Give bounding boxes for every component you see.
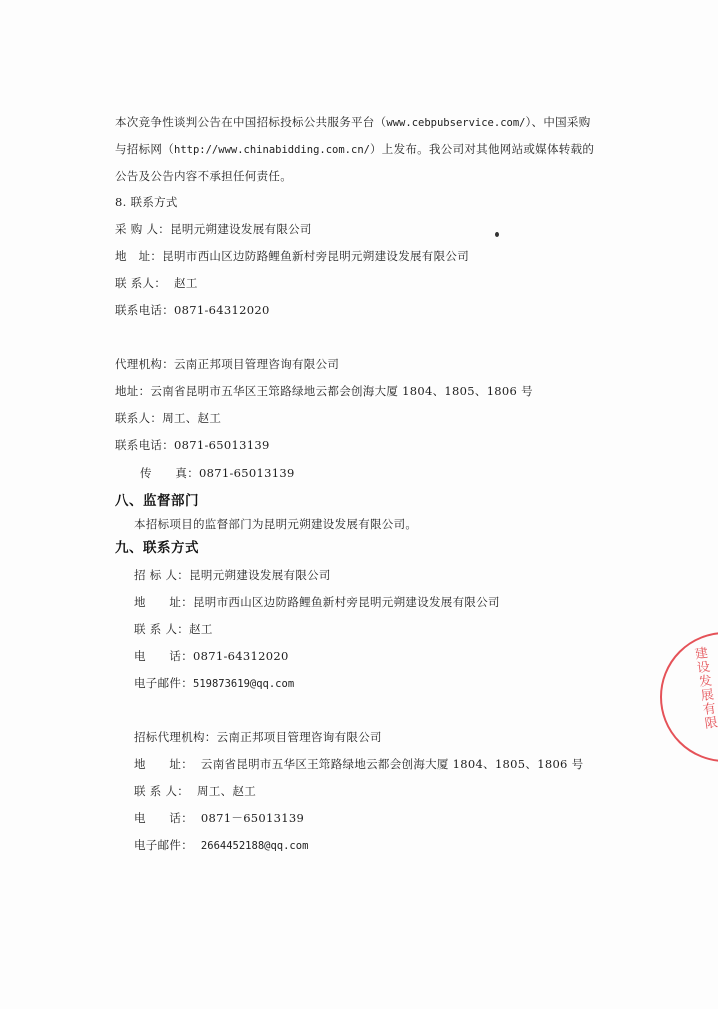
section8-title: 8. 联系方式 [115,194,178,210]
tender-agency-contact-value: 周工、赵工 [197,784,256,798]
agency-address-label: 地址： [115,383,150,399]
phone-value: 0871-64312020 [174,303,270,317]
tenderer-phone-value: 0871-64312020 [193,649,289,663]
agency-phone-label: 联系电话： [115,437,174,453]
purchaser-value: 昆明元朔建设发展有限公司 [170,222,312,236]
supervision-heading: 八、监督部门 [115,492,199,510]
agency-contact-row: 联系人：周工、赵工 [115,410,221,426]
tenderer-row: 招 标 人：昆明元朔建设发展有限公司 [134,567,331,583]
contact-row: 联 系人： 赵工 [115,275,198,291]
tenderer-email-row: 电子邮件：519873619@qq.com [134,675,294,692]
agency-value: 云南正邦项目管理咨询有限公司 [174,357,339,371]
phone-label: 联系电话： [115,302,174,318]
tender-agency-contact-row: 联 系 人： 周工、赵工 [134,783,256,799]
intro-line-3: 公告及公告内容不承担任何责任。 [115,168,292,184]
tender-agency-email-value[interactable]: 2664452188@qq.com [201,840,308,852]
intro-text: 与招标网（ [115,142,174,156]
tenderer-phone-row: 电 话：0871-64312020 [134,648,289,664]
tender-agency-label: 招标代理机构： [134,729,217,745]
phone-row: 联系电话：0871-64312020 [115,302,270,318]
agency-phone-value: 0871-65013139 [174,438,270,452]
agency-address-row: 地址：云南省昆明市五华区王筇路绿地云都会创海大厦 1804、1805、1806 … [115,383,533,399]
supervision-body: 本招标项目的监督部门为昆明元朔建设发展有限公司。 [134,516,417,532]
cebpubservice-link[interactable]: www.cebpubservice.com/ [386,117,525,129]
tender-agency-phone-row: 电 话： 0871－65013139 [134,810,304,826]
contact-value: 赵工 [174,276,198,290]
tender-agency-address-row: 地 址： 云南省昆明市五华区王筇路绿地云都会创海大厦 1804、1805、180… [134,756,583,772]
tender-agency-address-value: 云南省昆明市五华区王筇路绿地云都会创海大厦 1804、1805、1806 号 [201,757,584,771]
intro-text: ）、中国采购 [525,115,590,129]
address-row: 地 址：昆明市西山区边防路鲤鱼新村旁昆明元朔建设发展有限公司 [115,248,469,264]
document-page: 本次竞争性谈判公告在中国招标投标公共服务平台（www.cebpubservice… [0,0,718,1009]
agency-label: 代理机构： [115,356,174,372]
tender-agency-contact-label: 联 系 人： [134,783,189,799]
tenderer-address-value: 昆明市西山区边防路鲤鱼新村旁昆明元朔建设发展有限公司 [193,595,500,609]
address-value: 昆明市西山区边防路鲤鱼新村旁昆明元朔建设发展有限公司 [162,249,469,263]
tenderer-value: 昆明元朔建设发展有限公司 [189,568,331,582]
scan-speck [495,232,499,237]
tenderer-email-label: 电子邮件： [134,675,193,691]
agency-fax-label: 传 真： [140,465,199,481]
intro-text: ）上发布。我公司对其他网站或媒体转载的 [370,142,594,156]
agency-contact-value: 周工、赵工 [162,411,221,425]
intro-line-2: 与招标网（http://www.chinabidding.com.cn/）上发布… [115,141,594,158]
tenderer-contact-value: 赵工 [189,622,213,636]
tender-agency-row: 招标代理机构：云南正邦项目管理咨询有限公司 [134,729,382,745]
purchaser-label: 采 购 人： [115,221,170,237]
tenderer-address-label: 地 址： [134,594,193,610]
tender-agency-address-label: 地 址： [134,756,193,772]
tender-agency-email-label: 电子邮件： [134,837,193,853]
tenderer-phone-label: 电 话： [134,648,193,664]
chinabidding-link[interactable]: http://www.chinabidding.com.cn/ [174,144,370,156]
tenderer-address-row: 地 址：昆明市西山区边防路鲤鱼新村旁昆明元朔建设发展有限公司 [134,594,500,610]
tender-agency-email-row: 电子邮件： 2664452188@qq.com [134,837,308,854]
contact-heading: 九、联系方式 [115,539,199,557]
tenderer-contact-row: 联 系 人：赵工 [134,621,213,637]
tenderer-email-value[interactable]: 519873619@qq.com [193,678,294,690]
tender-agency-phone-label: 电 话： [134,810,193,826]
tenderer-label: 招 标 人： [134,567,189,583]
agency-fax-row: 传 真：0871-65013139 [140,465,295,481]
address-label: 地 址： [115,248,162,264]
agency-phone-row: 联系电话：0871-65013139 [115,437,270,453]
intro-line-1: 本次竞争性谈判公告在中国招标投标公共服务平台（www.cebpubservice… [115,114,591,131]
tenderer-contact-label: 联 系 人： [134,621,189,637]
intro-text: 本次竞争性谈判公告在中国招标投标公共服务平台（ [115,115,386,129]
agency-address-value: 云南省昆明市五华区王筇路绿地云都会创海大厦 1804、1805、1806 号 [150,384,533,398]
tender-agency-phone-value: 0871－65013139 [201,811,304,825]
tender-agency-value: 云南正邦项目管理咨询有限公司 [217,730,382,744]
contact-label: 联 系人： [115,275,166,291]
agency-row: 代理机构：云南正邦项目管理咨询有限公司 [115,356,339,372]
purchaser-row: 采 购 人：昆明元朔建设发展有限公司 [115,221,312,237]
agency-fax-value: 0871-65013139 [199,466,295,480]
agency-contact-label: 联系人： [115,410,162,426]
